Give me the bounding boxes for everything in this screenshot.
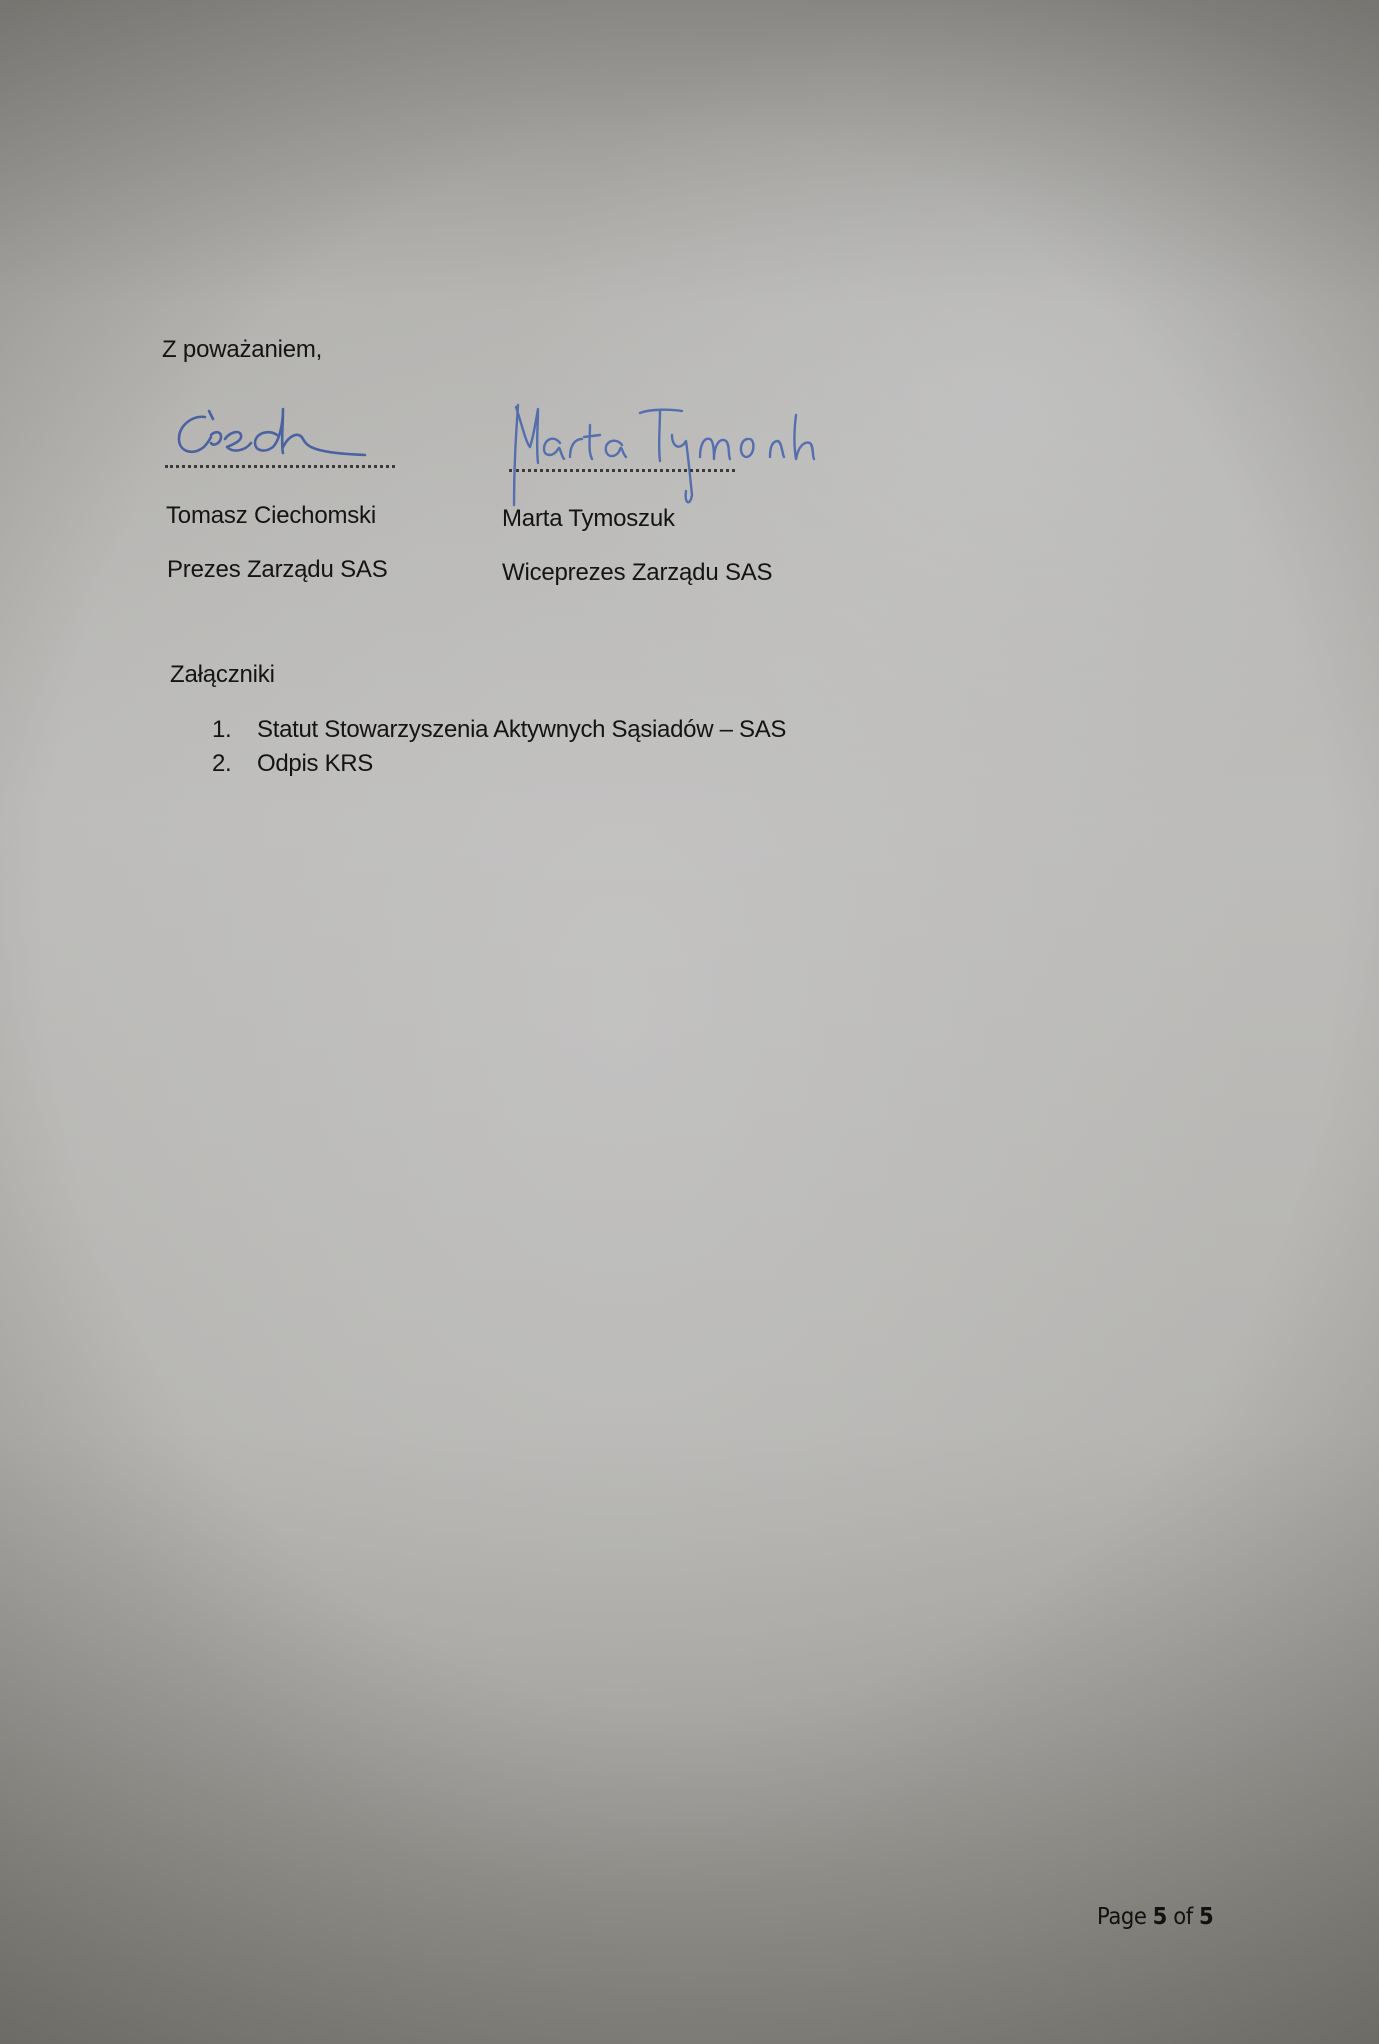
- signatory-role-vice-president: Wiceprezes Zarządu SAS: [502, 559, 772, 587]
- total-pages: 5: [1199, 1904, 1213, 1930]
- of-label: of: [1173, 1904, 1192, 1930]
- closing-salutation: Z poważaniem,: [162, 336, 322, 364]
- signature-ciechomski: [165, 395, 405, 485]
- current-page: 5: [1153, 1904, 1167, 1930]
- page-number: Page 5 of 5: [1097, 1904, 1213, 1930]
- attachment-item: 1.Statut Stowarzyszenia Aktywnych Sąsiad…: [212, 713, 786, 747]
- attachment-number: 1.: [212, 713, 257, 747]
- signature-line: [165, 465, 395, 468]
- page-prefix: Page: [1097, 1904, 1146, 1930]
- signatory-name-vice-president: Marta Tymoszuk: [502, 505, 675, 533]
- signatory-name-president: Tomasz Ciechomski: [166, 502, 376, 530]
- attachments-heading: Załączniki: [170, 661, 275, 689]
- signatory-role-president: Prezes Zarządu SAS: [167, 556, 388, 584]
- attachment-number: 2.: [212, 747, 257, 781]
- signature-line: [509, 469, 735, 472]
- attachment-item: 2.Odpis KRS: [212, 747, 786, 781]
- attachments-list: 1.Statut Stowarzyszenia Aktywnych Sąsiad…: [212, 713, 786, 781]
- attachment-label: Odpis KRS: [257, 750, 373, 777]
- photo-vignette: [0, 0, 1379, 2044]
- attachment-label: Statut Stowarzyszenia Aktywnych Sąsiadów…: [257, 716, 786, 743]
